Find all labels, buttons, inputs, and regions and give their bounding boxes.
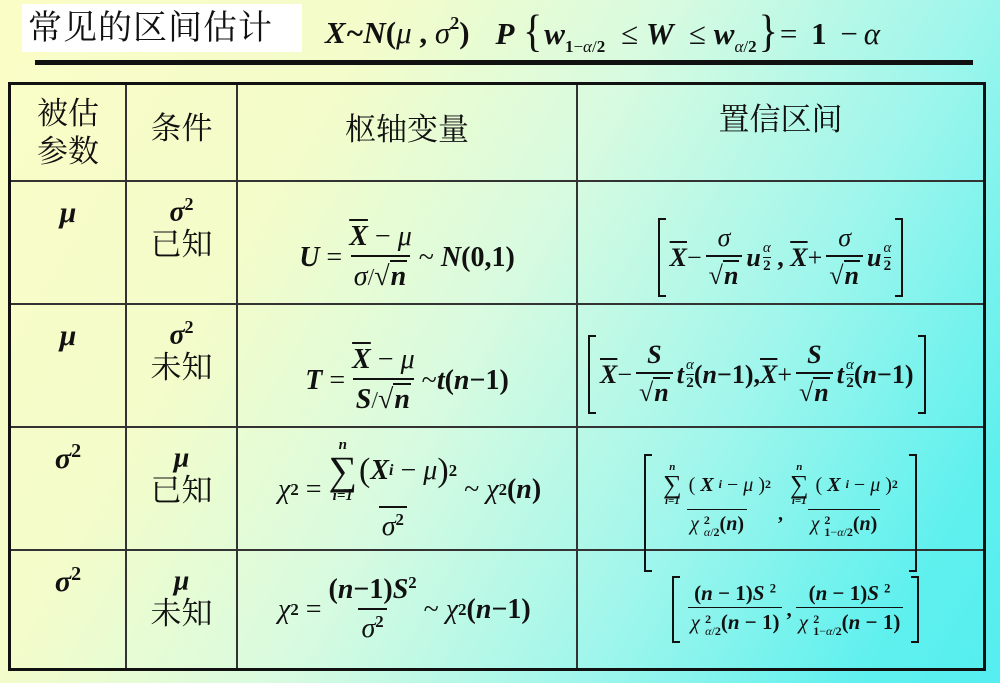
row4-interval: (n − 1)S 2χ 2α/2(n − 1) , (n − 1)S 2χ 21… — [578, 551, 983, 668]
row3-pivot: χ2 = n∑i=1(Xi − μ)2σ2 ~ χ2(n) — [238, 428, 583, 568]
row4-pivot: χ2 = (n−1)S2σ2 ~ χ2(n−1) — [238, 551, 583, 668]
row4-condition: μ未知 — [127, 551, 236, 668]
interval-formula-2: X− S√n tα2(n−1), X+ S√n tα2(n−1) — [588, 335, 926, 413]
probability-formula: P {w1−α/2 ≤W ≤wα/2}= 1 −α — [496, 7, 881, 57]
row1-pivot: U = X − μσ/√n ~ N(0,1) — [238, 182, 576, 303]
interval-formula-1: X− σ√n uα2 , X+ σ√n uα2 — [658, 218, 904, 296]
row2-condition: σ2未知 — [127, 305, 236, 426]
distribution-formula: X~N(μ , σ2) — [325, 13, 470, 51]
row1-condition: σ2已知 — [127, 182, 236, 303]
pivot-formula-chi-n: χ2 = n∑i=1(Xi − μ)2σ2 ~ χ2(n) — [278, 438, 541, 543]
header-param: 被估 参数 — [11, 85, 125, 180]
interval-formula-4: (n − 1)S 2χ 2α/2(n − 1) , (n − 1)S 2χ 21… — [672, 576, 920, 642]
header-formula: X~N(μ , σ2) P {w1−α/2 ≤W ≤wα/2}= 1 −α — [325, 10, 880, 54]
row3-interval: n∑i=1 ( X i − μ )2χ 2α/2(n) , n∑i=1 ( X … — [578, 428, 983, 568]
title-underline — [35, 60, 973, 65]
pivot-formula-u: U = X − μσ/√n ~ N(0,1) — [299, 222, 515, 293]
interval-estimation-table: 被估 参数 条件 枢轴变量 置信区间 μ σ2已知 U = X − μσ/√n … — [8, 82, 986, 671]
row2-interval: X− S√n tα2(n−1), X+ S√n tα2(n−1) — [578, 305, 991, 426]
pivot-formula-chi-n-1: χ2 = (n−1)S2σ2 ~ χ2(n−1) — [278, 574, 531, 645]
header-interval: 置信区间 — [578, 85, 983, 180]
row3-condition: μ已知 — [127, 428, 236, 549]
row3-param: σ2 — [11, 428, 125, 549]
row2-param: μ — [11, 305, 125, 426]
header-condition: 条件 — [127, 85, 236, 180]
header-pivot: 枢轴变量 — [238, 85, 576, 180]
row2-pivot: T = X − μS/√n ~t(n−1) — [238, 305, 576, 426]
row1-param: μ — [11, 182, 125, 303]
row1-interval: X− σ√n uα2 , X+ σ√n uα2 — [578, 182, 983, 303]
pivot-formula-t: T = X − μS/√n ~t(n−1) — [305, 345, 509, 416]
row4-param: σ2 — [11, 551, 125, 668]
slide-title: 常见的区间估计 — [22, 4, 302, 52]
